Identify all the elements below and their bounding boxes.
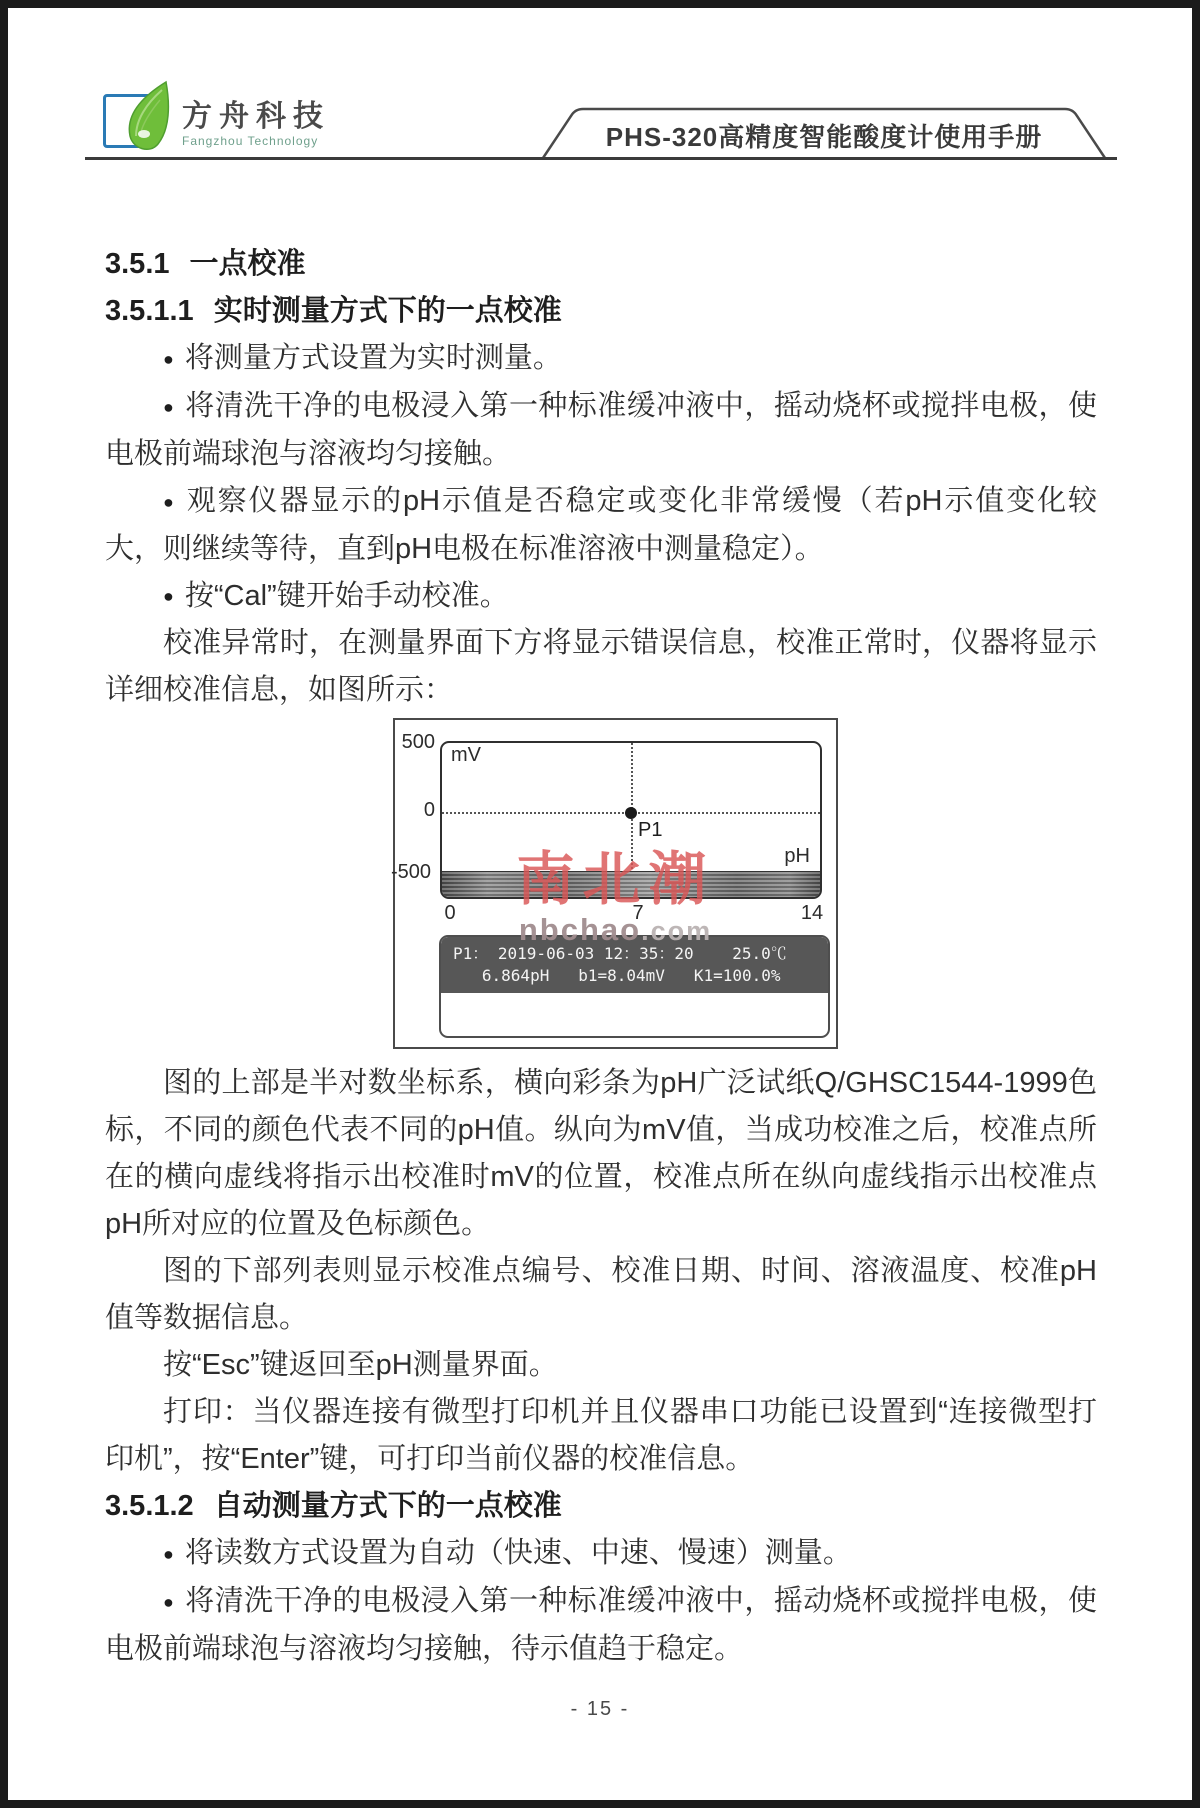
- manual-title-banner: PHS-320高精度智能酸度计使用手册: [540, 105, 1108, 159]
- bullet-item: 将清洗干净的电极浸入第一种标准缓冲液中，摇动烧杯或搅拌电极，使电极前端球泡与溶液…: [105, 383, 1097, 478]
- heading-title: 实时测量方式下的一点校准: [214, 295, 562, 327]
- manual-page: 方舟科技 Fangzhou Technology PHS-320高精度智能酸度计…: [0, 0, 1200, 1808]
- heading-title: 一点校准: [190, 248, 306, 280]
- x-ticks-row: 0 7 14: [440, 902, 822, 926]
- bullet-item: 按“Cal”键开始手动校准。: [105, 573, 1097, 621]
- x-tick-7: 7: [632, 902, 643, 925]
- y-tick-minus500: -500: [391, 860, 431, 884]
- paragraph: 按“Esc”键返回至pH测量界面。: [105, 1342, 1097, 1389]
- y-axis-label: mV: [451, 744, 481, 767]
- heading-number: 3.5.1: [105, 248, 170, 280]
- bullet-item: 将测量方式设置为实时测量。: [105, 335, 1097, 383]
- ph-colorbar: [442, 871, 820, 897]
- paragraph: 打印：当仪器连接有微型打印机并且仪器串口功能已设置到“连接微型打印机”，按“En…: [105, 1389, 1097, 1483]
- calibration-point-dot: [625, 807, 637, 819]
- heading-title: 自动测量方式下的一点校准: [214, 1490, 562, 1522]
- bullet-item: 观察仪器显示的pH示值是否稳定或变化非常缓慢（若pH示值变化较大，则继续等待，直…: [105, 478, 1097, 573]
- section-heading-3-5-1-2: 3.5.1.2自动测量方式下的一点校准: [105, 1483, 1097, 1530]
- heading-number: 3.5.1.2: [105, 1490, 194, 1522]
- calibration-info-band: P1： 2019-06-03 12：35：20 25.0℃ 6.864pH b1…: [441, 937, 828, 993]
- body-text-top: 3.5.1一点校准 3.5.1.1实时测量方式下的一点校准 将测量方式设置为实时…: [105, 241, 1097, 714]
- leaf-logo-icon: [114, 78, 180, 158]
- page-number: - 15 -: [8, 1698, 1192, 1721]
- logo-company-subtitle: Fangzhou Technology: [182, 134, 330, 148]
- calibration-info-line1: P1： 2019-06-03 12：35：20 25.0℃: [453, 943, 828, 965]
- paragraph: 图的下部列表则显示校准点编号、校准日期、时间、溶液温度、校准pH值等数据信息。: [105, 1248, 1097, 1342]
- bullet-item: 将清洗干净的电极浸入第一种标准缓冲液中，摇动烧杯或搅拌电极，使电极前端球泡与溶液…: [105, 1578, 1097, 1673]
- calibration-figure: 500 0 -500 mV P1 pH 0 7 14 P1： 2019-06-0…: [393, 718, 838, 1049]
- calibration-info-box: P1： 2019-06-03 12：35：20 25.0℃ 6.864pH b1…: [439, 935, 830, 1038]
- heading-number: 3.5.1.1: [105, 295, 194, 327]
- bullet-item: 将读数方式设置为自动（快速、中速、慢速）测量。: [105, 1530, 1097, 1578]
- calibration-info-line2: 6.864pH b1=8.04mV K1=100.0%: [453, 965, 828, 987]
- section-heading-3-5-1-1: 3.5.1.1实时测量方式下的一点校准: [105, 288, 1097, 335]
- y-tick-500: 500: [395, 730, 435, 754]
- manual-title: PHS-320高精度智能酸度计使用手册: [540, 117, 1108, 154]
- y-tick-0: 0: [395, 798, 435, 822]
- logo-company-name: 方舟科技: [182, 100, 330, 134]
- body-text-bottom: 图的上部是半对数坐标系，横向彩条为pH广泛试纸Q/GHSC1544-1999色标…: [105, 1060, 1097, 1673]
- logo-text: 方舟科技 Fangzhou Technology: [182, 100, 330, 148]
- x-axis-label: pH: [784, 845, 810, 868]
- x-tick-14: 14: [801, 902, 823, 925]
- paragraph: 校准异常时，在测量界面下方将显示错误信息，校准正常时，仪器将显示详细校准信息，如…: [105, 620, 1097, 714]
- ph-mv-plot: mV P1 pH: [440, 741, 822, 899]
- paragraph: 图的上部是半对数坐标系，横向彩条为pH广泛试纸Q/GHSC1544-1999色标…: [105, 1060, 1097, 1248]
- section-heading-3-5-1: 3.5.1一点校准: [105, 241, 1097, 288]
- header-divider: [85, 157, 1117, 160]
- x-tick-0: 0: [444, 902, 455, 925]
- calibration-point-label: P1: [638, 819, 662, 842]
